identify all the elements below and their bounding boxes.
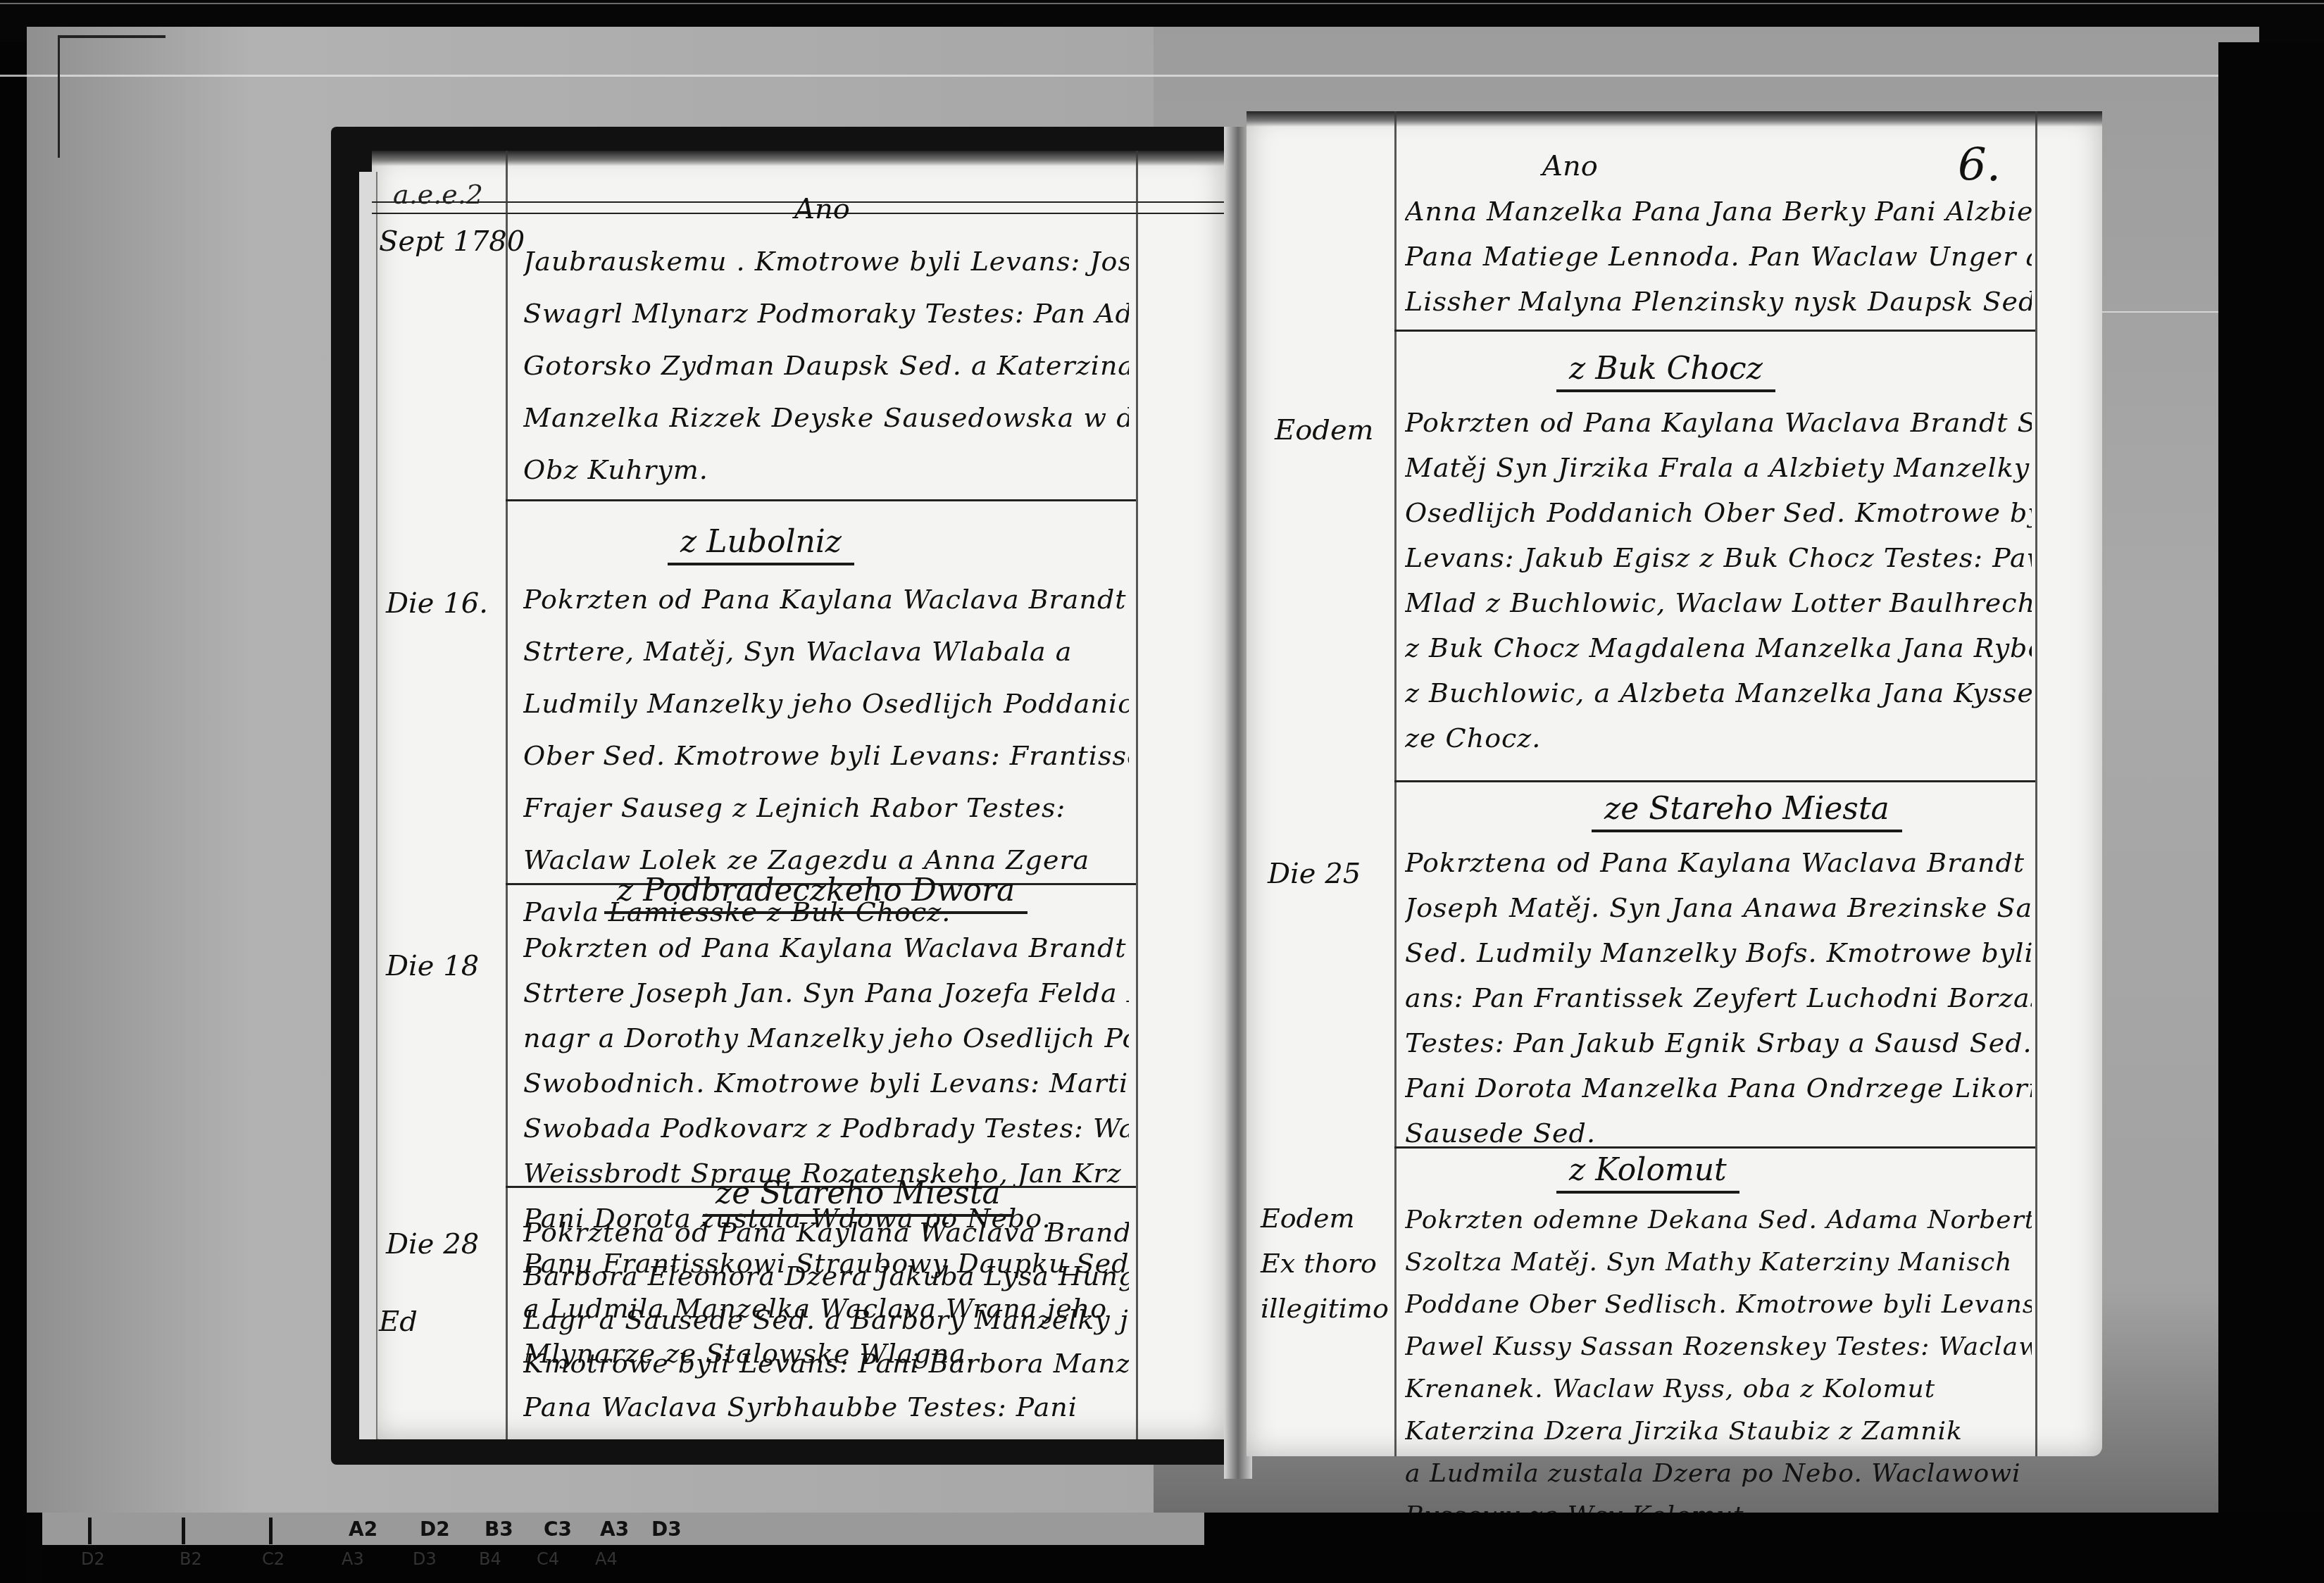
- right-margin-rule: [1136, 151, 1138, 1439]
- film-code-bottom: B2: [180, 1549, 202, 1569]
- baptism-entry: Pokrztena od Pana Kaylana Waclava Brandt…: [1405, 840, 2032, 1156]
- page-top-edge: [1247, 111, 2102, 127]
- margin-column-rule: [1394, 111, 1397, 1456]
- film-tick: [88, 1518, 92, 1544]
- entry-date: Die 16.: [386, 587, 488, 620]
- entry-place-heading: z Buk Chocz: [1556, 351, 1775, 392]
- entry-date: Eodem: [1275, 414, 1374, 446]
- entry-place-heading: z Podbradeczkeho Dwora: [604, 872, 1027, 914]
- film-tick: [182, 1518, 185, 1544]
- continuation-text: Jaubrauskemu . Kmotrowe byli Levans: Jos…: [523, 235, 1129, 496]
- baptism-entry: Pokrzten odemne Dekana Sed. Adama Norber…: [1405, 1199, 2032, 1537]
- film-code: B3: [485, 1518, 513, 1541]
- entry-divider: [1394, 330, 2035, 332]
- folio-number: 6.: [1958, 139, 2001, 192]
- film-code-strip: [42, 1513, 2324, 1583]
- baptism-entry: Pokrzten od Pana Kaylana Waclava Brandt …: [1405, 400, 2032, 761]
- film-code: D3: [651, 1518, 682, 1541]
- invocation-mark: Ano: [794, 193, 850, 225]
- entry-place-heading: z Lubolniz: [668, 524, 854, 565]
- scan-artifact-line: [0, 75, 2324, 77]
- entry-place-heading: z Kolomut: [1556, 1152, 1739, 1194]
- film-code-bottom: D3: [413, 1549, 437, 1569]
- page-top-edge: [372, 151, 1224, 166]
- film-code: A3: [600, 1518, 629, 1541]
- registration-corner-mark: [58, 35, 165, 158]
- entry-date: Die 28: [386, 1228, 479, 1260]
- film-code: A2: [349, 1518, 377, 1541]
- film-code: C3: [544, 1518, 572, 1541]
- entry-date: Die 25: [1268, 858, 1361, 890]
- invocation-mark: Ano: [1542, 150, 1598, 182]
- right-margin-rule: [2035, 111, 2037, 1456]
- film-tick: [269, 1518, 273, 1544]
- left-page: a.e.e.2 Ano Sept 1780 Jaubrauskemu . Kmo…: [372, 151, 1224, 1439]
- baptism-entry: Pokrztena od Pana Kaylana Waclava Brandt…: [523, 1210, 1129, 1429]
- entry-divider: [1394, 1146, 2035, 1149]
- entry-place-heading: ze Stareho Miesta: [1592, 791, 1902, 832]
- film-edge-right: [2218, 42, 2324, 1521]
- margin-column-rule: [506, 151, 508, 1439]
- film-code-bottom: A4: [595, 1549, 618, 1569]
- film-edge-left: [0, 0, 27, 1583]
- entry-date: Die 18: [386, 950, 479, 982]
- page-stack-edge: [359, 172, 377, 1439]
- continuation-text: Anna Manzelka Pana Jana Berky Pani Alzbi…: [1405, 189, 2032, 324]
- margin-fragment: Ed: [379, 1306, 418, 1338]
- film-code-bottom: A3: [342, 1549, 364, 1569]
- film-code-bottom: B4: [479, 1549, 501, 1569]
- open-register-book: a.e.e.2 Ano Sept 1780 Jaubrauskemu . Kmo…: [331, 127, 2120, 1521]
- film-code-bottom: D2: [81, 1549, 105, 1569]
- margin-year: Sept 1780: [379, 225, 525, 258]
- entry-divider: [506, 499, 1136, 501]
- right-page: Ano 6. Anna Manzelka Pana Jana Berky Pan…: [1247, 111, 2102, 1456]
- margin-note-illegitimate: Eodem Ex thoro illegitimo: [1261, 1196, 1389, 1331]
- film-code-bottom: C4: [537, 1549, 559, 1569]
- header-scribble: a.e.e.2: [393, 179, 483, 210]
- entry-divider: [1394, 780, 2035, 782]
- film-code: D2: [420, 1518, 450, 1541]
- film-code-bottom: C2: [262, 1549, 285, 1569]
